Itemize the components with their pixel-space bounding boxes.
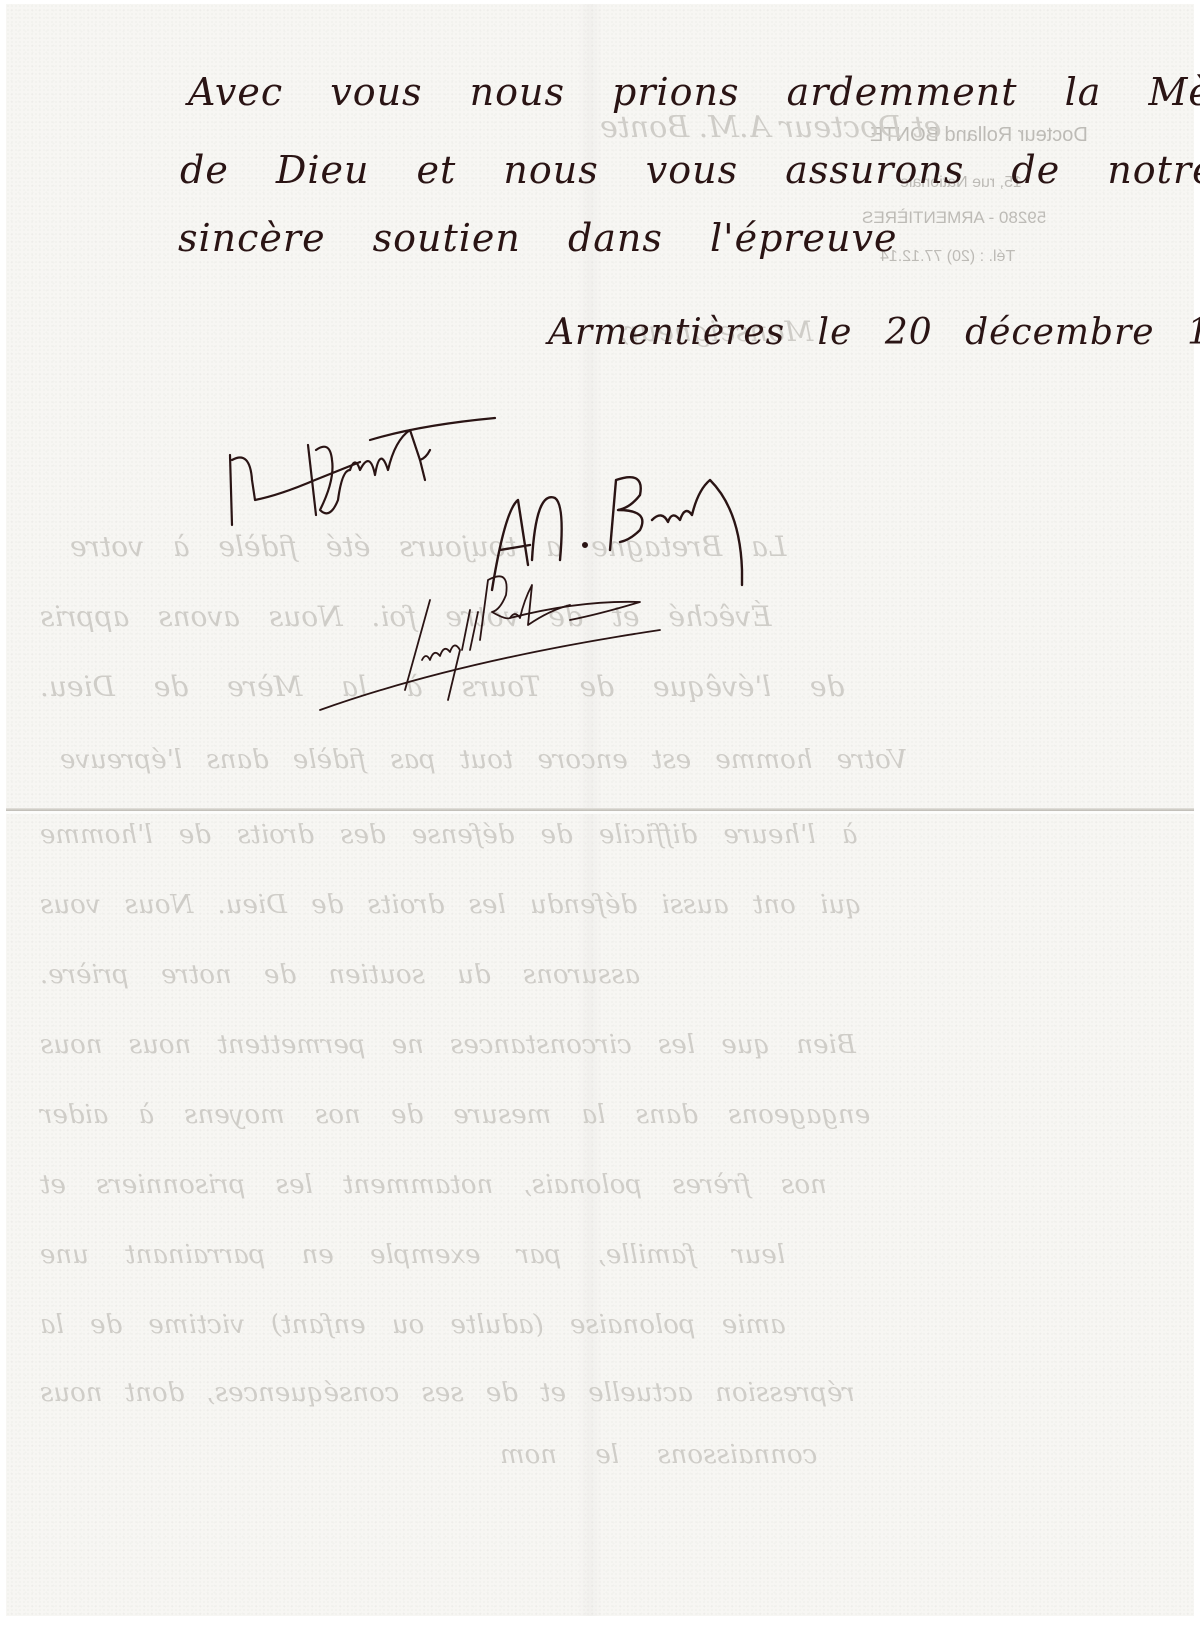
showthrough-line: nos frères polonais, notamment les priso… — [40, 1170, 827, 1200]
showthrough-line: répression actuelle et de ses conséquenc… — [40, 1378, 855, 1408]
showthrough-annotation: et Docteur A.M. Bonte — [600, 110, 942, 145]
showthrough-line: assurons du soutien de notre prière. — [40, 960, 640, 990]
letter-body-line-2: de Dieu et nous vous assurons de notre — [180, 148, 1200, 192]
showthrough-line: Votre homme est encore tout pas fidèle d… — [60, 745, 907, 775]
showthrough-letterhead-phone: Tél. : (20) 77.12.14 — [880, 248, 1015, 266]
letter-body-line-3: sincère soutien dans l'épreuve — [178, 216, 897, 260]
place-and-date: Armentières le 20 décembre 1981 — [548, 312, 1200, 353]
letter-body-line-1: Avec vous nous prions ardemment la Mère — [188, 70, 1200, 114]
signature-joseph-bonte: Joseph Bonte — [310, 540, 710, 720]
showthrough-line: à l'heure difficile de défense des droit… — [40, 820, 857, 850]
showthrough-line: qui ont aussi défendu les droits de Dieu… — [40, 890, 862, 920]
showthrough-line: connaissons le nom — [500, 1440, 817, 1470]
showthrough-line: Bien que les circonstances ne permettent… — [40, 1030, 856, 1060]
horizontal-fold-line — [6, 808, 1194, 814]
showthrough-line: engageons dans la mesure de nos moyens à… — [40, 1100, 870, 1130]
showthrough-line: leur famille, par exemple en parrainant … — [40, 1240, 785, 1270]
signature-r-bonte: R. Bonte — [220, 400, 520, 530]
showthrough-line: amie polonaise (adulte ou enfant) victim… — [40, 1310, 786, 1340]
